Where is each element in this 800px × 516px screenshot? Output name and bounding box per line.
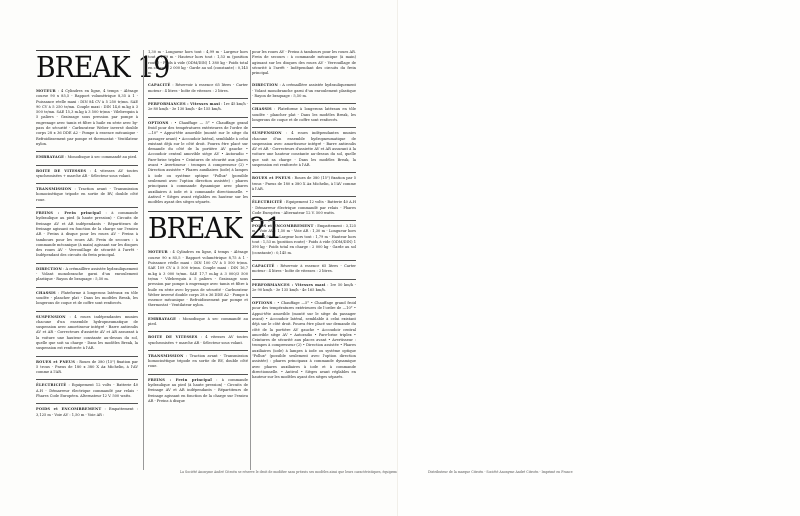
spec-section: OPTIONS : • Chauffage — 5° • Chauffage g… [148, 117, 248, 206]
column-divider [250, 50, 251, 470]
spec-section: DIRECTION : A crémaillère assistée hydra… [36, 263, 138, 283]
spec-section: POIDS et ENCOMBREMENT : Empattement : 3,… [252, 220, 356, 256]
column-1: BREAK 19 MOTEUR : 4 Cylindres en ligne, … [36, 50, 138, 421]
spec-section-title: CHASSIS [252, 107, 272, 111]
spec-section: BOITE DE VITESSES : 4 vitesses AV toutes… [36, 165, 138, 180]
continued-text: pour les roues AV - Freins à tambours po… [252, 50, 356, 76]
spec-section: CHASSIS : Plateforme à longerons latérau… [36, 287, 138, 307]
spec-section: PERFORMANCES : Vitesses maxi : 1re 45 km… [148, 98, 248, 113]
spec-section: EMBRAYAGE : Monodisque à sec commandé au… [148, 313, 248, 328]
spec-section-title: TRANSMISSION [36, 187, 72, 191]
spec-section: ÉLECTRICITÉ : Equipement 12 volts - Batt… [252, 196, 356, 216]
spec-section-title: DIRECTION [252, 83, 278, 87]
spec-section-title: CAPACITÉ [148, 83, 170, 87]
spec-section-title: ÉLECTRICITÉ [252, 200, 282, 204]
spec-section: TRANSMISSION : Traction avant - Transmis… [148, 350, 248, 370]
spec-section: FREINS : Frein principal : à commande hy… [148, 374, 248, 404]
spec-section-title: EMBRAYAGE [36, 155, 64, 159]
spec-section: PERFORMANCES : Vitesses maxi : 1re 50 km… [252, 279, 356, 294]
spec-section-text: : 4 Cylindres en ligne, 4 temps - Alésag… [36, 89, 138, 146]
spec-section-title: ROUES et PNEUS [252, 176, 291, 180]
column-2: 1,30 m - Longueur hors tout : 4,99 m - L… [148, 50, 248, 407]
spec-section: ROUES et PNEUS : Roues de 380 (15") fixa… [252, 172, 356, 192]
spec-section: CAPACITÉ : Réservoir à essence 65 litres… [252, 260, 356, 275]
spec-section-title: ROUES et PNEUS [36, 360, 75, 364]
column-3: pour les roues AV - Freins à tambours po… [252, 50, 356, 384]
spec-section-title: FREINS : Frein principal [36, 211, 101, 215]
spec-section-title: PERFORMANCES : Vitesses maxi [148, 102, 220, 106]
spec-section-title: OPTIONS [252, 301, 273, 305]
spec-section: MOTEUR : 4 Cylindres en ligne, 4 temps -… [148, 247, 248, 308]
spec-section-title: SUSPENSION [252, 131, 282, 135]
spec-section-title: OPTIONS [148, 121, 169, 125]
spec-section-title: POIDS et ENCOMBREMENT [252, 224, 314, 228]
spec-section: FREINS : Frein principal : à commande hy… [36, 207, 138, 259]
spec-section-text: : à commande hydraulique au pied (à haut… [36, 211, 138, 257]
page-footer-disclaimer: La Société Anonyme André Citroën se rése… [180, 470, 428, 474]
spec-section-title: EMBRAYAGE [148, 317, 176, 321]
spec-section: SUSPENSION : 4 roues indépendantes munie… [252, 127, 356, 168]
spec-section-title: ÉLECTRICITÉ [36, 383, 66, 387]
spec-section-title: MOTEUR [148, 250, 168, 254]
spec-section-title: CAPACITÉ [252, 264, 274, 268]
spec-section-title: CHASSIS [36, 291, 56, 295]
spec-section: TRANSMISSION : Traction avant - Transmis… [36, 183, 138, 203]
spec-section-text: : 4 roues indépendantes munies chacune d… [252, 131, 356, 167]
spec-section-text: : • Chauffage — 5° • Chauffage grand fro… [148, 121, 248, 204]
spec-section-title: PERFORMANCES : Vitesses maxi [252, 283, 326, 287]
continued-text: 1,30 m - Longueur hors tout : 4,99 m - L… [148, 50, 248, 76]
spec-section-text: : • Chauffage —5° • Chauffage grand froi… [252, 301, 356, 379]
spec-section-text: : Monodisque à sec commandé au pied. [64, 155, 137, 159]
spec-section: DIRECTION : A crémaillère assistée hydra… [252, 80, 356, 99]
spec-section-title: TRANSMISSION [148, 354, 184, 358]
page-footer-distributor: Distributeur de la marque Citroën - Soci… [428, 470, 573, 474]
spec-section-title: BOITE DE VITESSES [36, 169, 86, 173]
left-page: BREAK 19 MOTEUR : 4 Cylindres en ligne, … [0, 0, 398, 516]
spec-section: POIDS et ENCOMBREMENT : Empattement : 3,… [36, 403, 138, 418]
spec-section: ÉLECTRICITÉ : Equipement 12 volts - Batt… [36, 379, 138, 399]
model-title-break-19: BREAK 19 [36, 50, 130, 82]
spec-section: MOTEUR : 4 Cylindres en ligne, 4 temps -… [36, 86, 138, 147]
spec-section: BOITE DE VITESSES : 4 vitesses AV toutes… [148, 331, 248, 346]
spec-section: OPTIONS : • Chauffage —5° • Chauffage gr… [252, 297, 356, 380]
spec-section-text: : Empattement : 3,125 m - Voie AV : 1,50… [252, 224, 356, 254]
spec-section-text: : 4 Cylindres en ligne, 4 temps - Alésag… [148, 250, 248, 307]
spec-section-title: BOITE DE VITESSES [148, 335, 198, 339]
spec-section: CHASSIS : Plateforme à longerons latérau… [252, 103, 356, 123]
model-title-break-21: BREAK 21 [148, 211, 240, 243]
spec-section-title: DIRECTION [36, 267, 62, 271]
spec-section: EMBRAYAGE : Monodisque à sec commandé au… [36, 151, 138, 160]
spec-section: SUSPENSION : 4 roues indépendantes munie… [36, 311, 138, 352]
spec-section-text: : 4 roues indépendantes munies chacune d… [36, 315, 138, 351]
spec-section-title: MOTEUR [36, 89, 56, 93]
spec-section-title: FREINS : Frein principal [148, 378, 212, 382]
spec-section: ROUES et PNEUS : Roues de 380 (15") fixa… [36, 356, 138, 376]
spec-section-title: POIDS et ENCOMBREMENT [36, 407, 101, 411]
right-page: Distributeur de la marque Citroën - Soci… [398, 0, 800, 516]
spec-section: CAPACITÉ : Réservoir à essence 65 litres… [148, 80, 248, 94]
column-divider [143, 50, 144, 470]
spec-section-title: SUSPENSION [36, 315, 66, 319]
